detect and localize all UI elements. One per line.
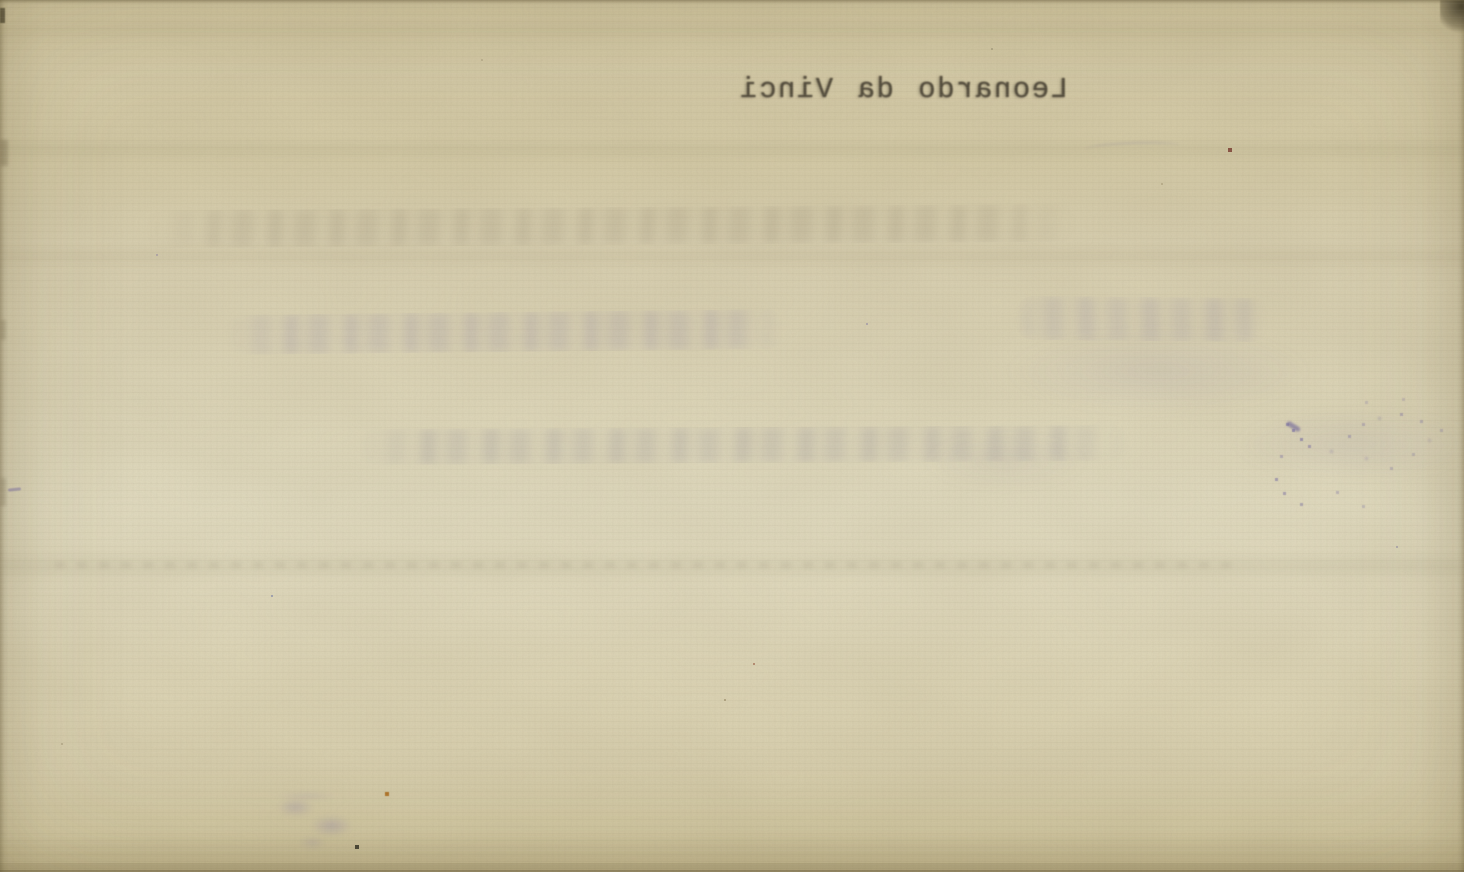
- corner-shadow-top-right: [1440, 0, 1464, 36]
- purple-ink-wash: [700, 278, 1464, 523]
- page-edge-right: [1457, 0, 1464, 872]
- bleedthrough-smear-line-3: [358, 425, 1130, 465]
- edge-speck-top-left: [0, 8, 5, 23]
- page-edge-left: [0, 0, 8, 872]
- page-edge-top: [0, 0, 1464, 5]
- bleedthrough-typewritten-text: Leonardo da Vinci: [736, 68, 1068, 112]
- purple-ink-dash: [1286, 420, 1301, 432]
- purple-ink-dash-left-edge: [8, 487, 21, 491]
- edge-mark: [0, 140, 8, 166]
- bleedthrough-smear-line-2: [225, 309, 785, 355]
- edge-mark: [0, 478, 6, 506]
- scan-streak: [0, 250, 1464, 263]
- scan-streak: [0, 840, 1464, 847]
- paper-grain-texture: [0, 0, 1464, 872]
- vignette-shading: [0, 0, 1464, 872]
- scan-streak: [0, 26, 1464, 35]
- page-edge-bottom: [0, 844, 1464, 872]
- bleedthrough-ruled-line: [55, 562, 1235, 568]
- edge-mark: [0, 320, 6, 340]
- bleedthrough-smear-line-2b: [1015, 296, 1270, 342]
- scan-streak: [0, 144, 1464, 155]
- purple-ink-smudge: [262, 790, 374, 852]
- scanned-document-page: Leonardo da Vinci: [0, 0, 1464, 872]
- purple-ink-speckle-cluster: [1270, 395, 1273, 398]
- bleedthrough-smear-line-1: [145, 204, 1080, 249]
- scanline-texture: [0, 0, 1464, 872]
- bleedthrough-underline-mark: [1085, 140, 1180, 154]
- scan-streak: [0, 558, 1464, 574]
- paper-specks: [0, 0, 4, 4]
